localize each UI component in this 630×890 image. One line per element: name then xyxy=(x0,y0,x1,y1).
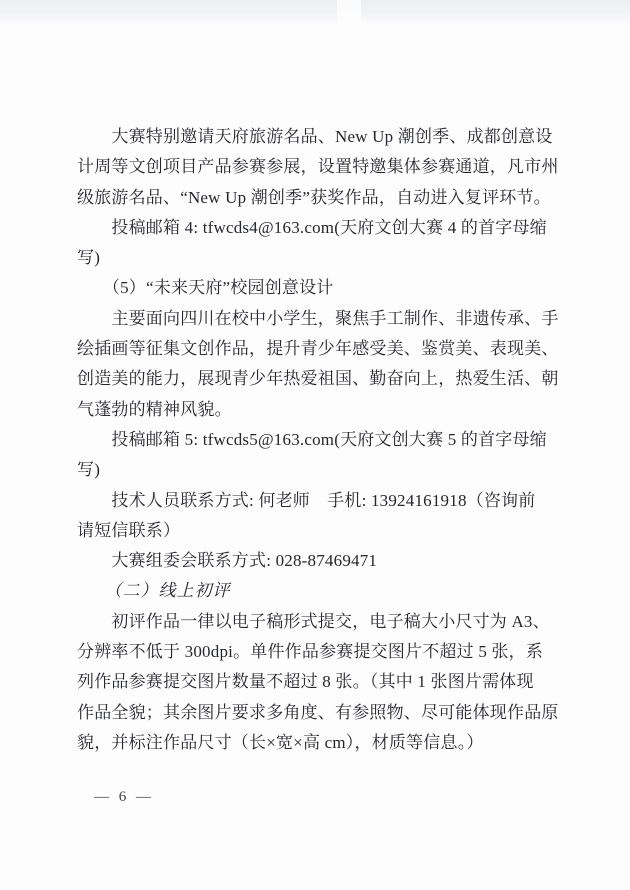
section-heading-online-review: （二）线上初评 xyxy=(77,576,555,606)
text-line: 级旅游名品、“New Up 潮创季”获奖作品，自动进入复评环节。 xyxy=(77,183,555,213)
document-body: 大赛特别邀请天府旅游名品、New Up 潮创季、成都创意设 计周等文创项目产品参… xyxy=(77,122,555,758)
text-line: 计周等文创项目产品参赛参展，设置特邀集体参赛通道，凡市州 xyxy=(77,152,555,182)
text-line-committee-contact: 大赛组委会联系方式: 028-87469471 xyxy=(77,546,555,576)
text-line-email-5: 投稿邮箱 5: tfwcds5@163.com(天府文创大赛 5 的首字母缩 xyxy=(77,425,555,455)
text-line: 写) xyxy=(77,455,555,485)
text-line-tech-contact: 技术人员联系方式: 何老师 手机: 13924161918（咨询前 xyxy=(77,486,555,516)
text-line: 分辨率不低于 300dpi。单件作品参赛提交图片不超过 5 张，系 xyxy=(77,637,555,667)
subsection-heading-5: （5）“未来天府”校园创意设计 xyxy=(77,273,555,303)
scan-artifact-gap xyxy=(337,0,361,27)
page-number: — 6 — xyxy=(94,787,154,807)
text-line-email-4: 投稿邮箱 4: tfwcds4@163.com(天府文创大赛 4 的首字母缩 xyxy=(77,213,555,243)
text-line: 请短信联系） xyxy=(77,516,555,546)
text-line: 主要面向四川在校中小学生，聚焦手工制作、非遗传承、手 xyxy=(77,304,555,334)
text-line: 初评作品一律以电子稿形式提交，电子稿大小尺寸为 A3、 xyxy=(77,607,555,637)
document-page: 大赛特别邀请天府旅游名品、New Up 潮创季、成都创意设 计周等文创项目产品参… xyxy=(0,0,630,890)
scan-artifact-band xyxy=(0,0,630,27)
text-line: 大赛特别邀请天府旅游名品、New Up 潮创季、成都创意设 xyxy=(77,122,555,152)
text-line: 创造美的能力，展现青少年热爱祖国、勤奋向上，热爱生活、朝 xyxy=(77,364,555,394)
text-line: 作品全貌；其余图片要求多角度、有参照物、尽可能体现作品原 xyxy=(77,698,555,728)
text-line: 绘插画等征集文创作品，提升青少年感受美、鉴赏美、表现美、 xyxy=(77,334,555,364)
text-line: 貌，并标注作品尺寸（长×宽×高 cm），材质等信息。） xyxy=(77,728,555,758)
text-line: 气蓬勃的精神风貌。 xyxy=(77,395,555,425)
text-line: 列作品参赛提交图片数量不超过 8 张。（其中 1 张图片需体现 xyxy=(77,667,555,697)
text-line: 写) xyxy=(77,243,555,273)
